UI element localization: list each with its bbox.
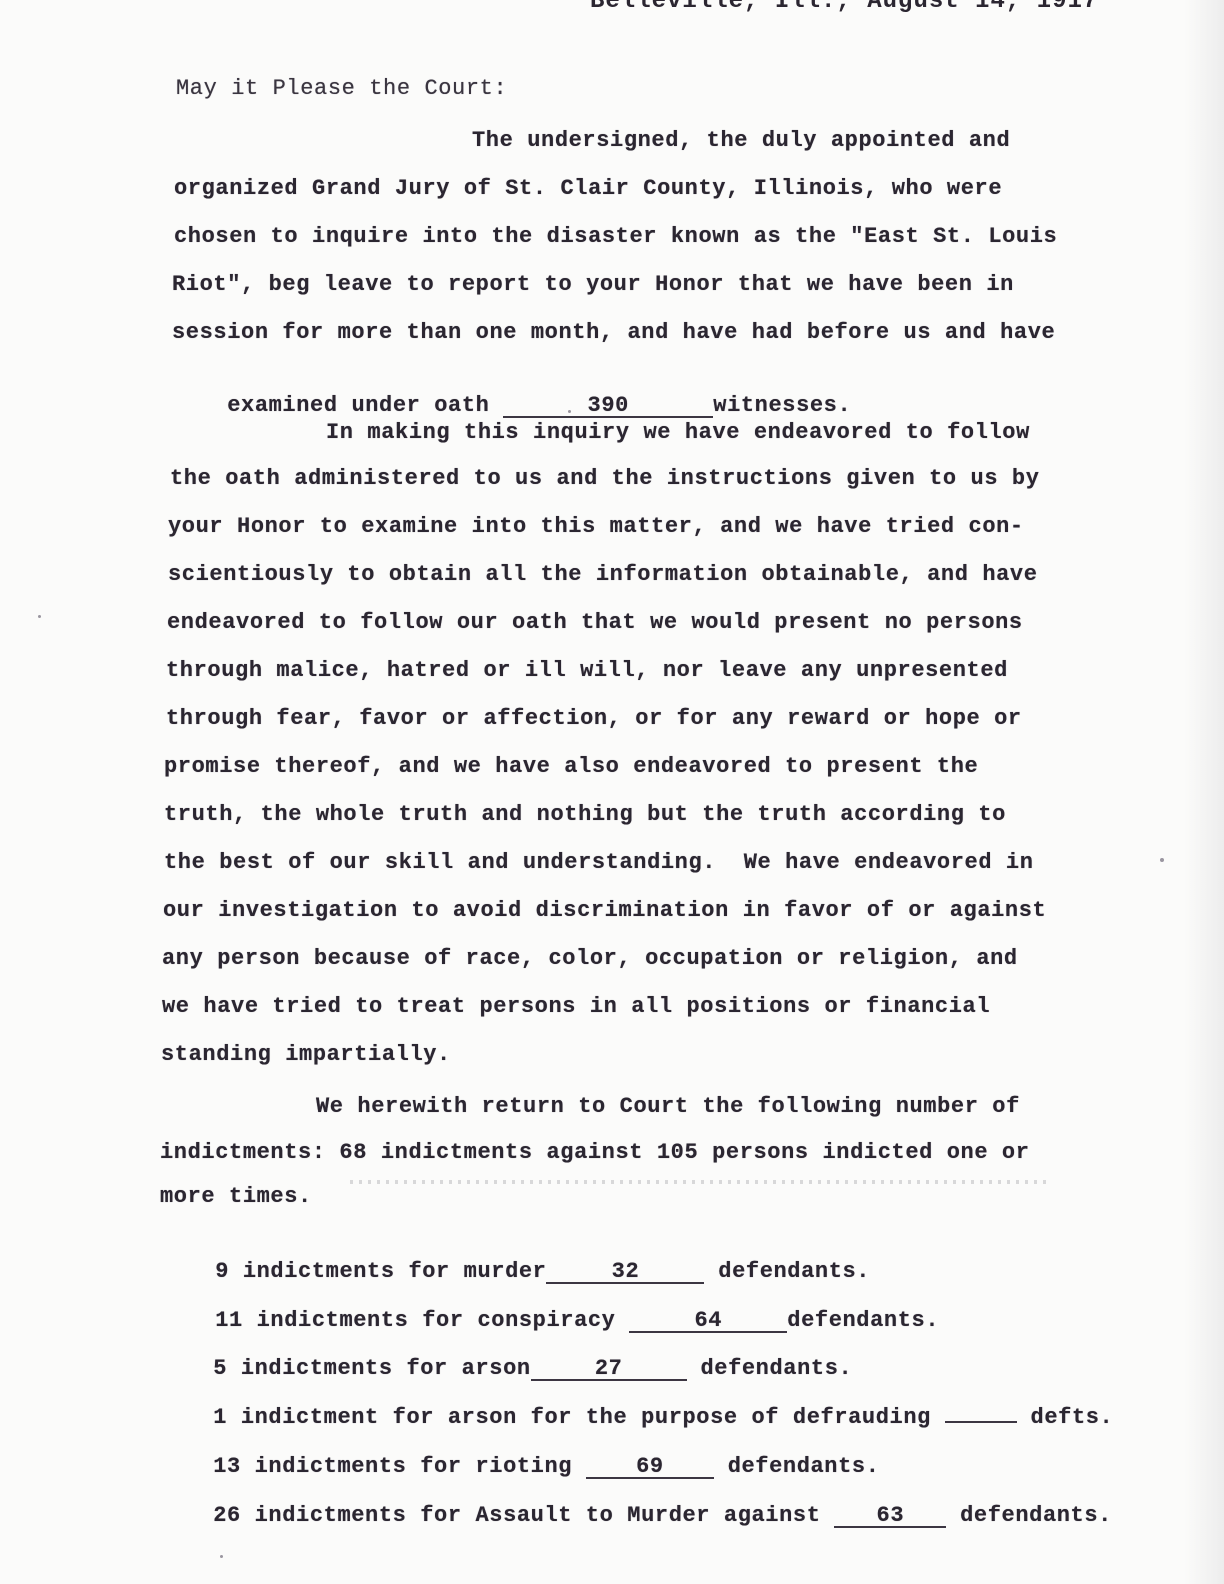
indictment-suffix: defendants. xyxy=(687,1356,853,1381)
paragraph2-line: the best of our skill and understanding.… xyxy=(164,850,1034,875)
paragraph2-line: your Honor to examine into this matter, … xyxy=(168,514,1024,539)
indictment-row: 26 indictments for Assault to Murder aga… xyxy=(158,1478,1112,1553)
paragraph3-line: indictments: 68 indictments against 105 … xyxy=(160,1140,1030,1165)
document-page: Belleville, Ill., August 14, 1917 May it… xyxy=(0,0,1224,1584)
defendant-count: 69 xyxy=(586,1457,714,1479)
scan-speck xyxy=(220,1555,223,1558)
paragraph1-line: session for more than one month, and hav… xyxy=(172,320,1055,345)
paragraph1-line: Riot", beg leave to report to your Honor… xyxy=(172,272,1014,297)
paragraph2-line: through malice, hatred or ill will, nor … xyxy=(166,658,1008,683)
scan-speck xyxy=(1160,858,1164,862)
paragraph3-line: We herewith return to Court the followin… xyxy=(316,1094,1020,1119)
salutation: May it Please the Court: xyxy=(176,76,507,101)
paragraph2-line: our investigation to avoid discriminatio… xyxy=(163,898,1046,923)
indictment-label: 5 indictments for arson xyxy=(213,1356,530,1381)
paragraph1-line: The undersigned, the duly appointed and xyxy=(472,128,1010,153)
scan-edge-shadow xyxy=(1184,0,1224,1584)
paragraph2-line: any person because of race, color, occup… xyxy=(162,946,1018,971)
paragraph2-line: through fear, favor or affection, or for… xyxy=(166,706,1022,731)
paragraph2-line: we have tried to treat persons in all po… xyxy=(162,994,990,1019)
witness-line-prefix: examined under oath xyxy=(227,393,503,418)
paragraph2-line: promise thereof, and we have also endeav… xyxy=(164,754,978,779)
paragraph2-line: endeavored to follow our oath that we wo… xyxy=(167,610,1023,635)
indictment-label: 1 indictment for arson for the purpose o… xyxy=(213,1405,945,1430)
indictment-label: 9 indictments for murder xyxy=(215,1259,546,1284)
paragraph3-line: more times. xyxy=(160,1184,312,1209)
paragraph2-line: scientiously to obtain all the informati… xyxy=(168,562,1038,587)
indictment-label: 26 indictments for Assault to Murder aga… xyxy=(213,1503,834,1528)
defendant-count: 63 xyxy=(834,1506,946,1528)
indictment-suffix: defendants. xyxy=(714,1454,880,1479)
paragraph2-line: truth, the whole truth and nothing but t… xyxy=(164,802,1006,827)
paragraph2-line: standing impartially. xyxy=(161,1042,451,1067)
indictment-label: 13 indictments for rioting xyxy=(213,1454,586,1479)
faint-dotted-mark xyxy=(350,1180,1050,1184)
defendant-count: 64 xyxy=(629,1311,787,1333)
indictment-suffix: defendants. xyxy=(704,1259,870,1284)
indictment-suffix: defts. xyxy=(1017,1405,1114,1430)
paragraph1-line: chosen to inquire into the disaster know… xyxy=(174,224,1057,249)
indictment-suffix: defendants. xyxy=(787,1308,939,1333)
dateline: Belleville, Ill., August 14, 1917 xyxy=(590,0,1098,15)
indictment-suffix: defendants. xyxy=(946,1503,1112,1528)
paragraph2-line: In making this inquiry we have endeavore… xyxy=(326,420,1030,445)
witness-line-suffix: witnesses. xyxy=(713,393,851,418)
defendant-count xyxy=(945,1421,1017,1423)
paragraph1-line: organized Grand Jury of St. Clair County… xyxy=(174,176,1002,201)
scan-speck xyxy=(38,615,41,618)
indictment-label: 11 indictments for conspiracy xyxy=(215,1308,629,1333)
defendant-count: 32 xyxy=(546,1262,704,1284)
scan-speck xyxy=(568,410,571,413)
paragraph2-line: the oath administered to us and the inst… xyxy=(170,466,1040,491)
witness-count: 390 xyxy=(503,396,713,418)
defendant-count: 27 xyxy=(531,1359,687,1381)
